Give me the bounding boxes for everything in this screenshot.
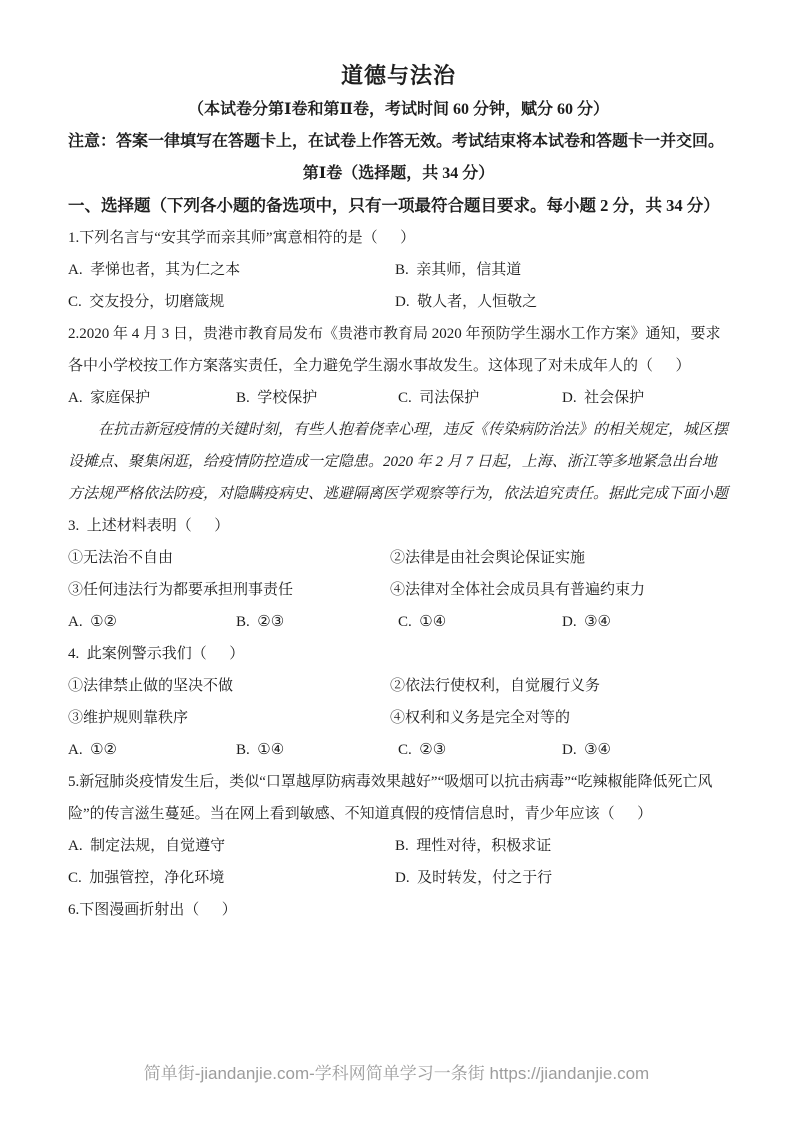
- question-6: 6.下图漫画折射出（ ）: [68, 894, 729, 926]
- footer-watermark: 简单街-jiandanjie.com-学科网简单学习一条街 https://ji…: [0, 1062, 793, 1086]
- question-3-option-d: D. ③④: [562, 606, 729, 638]
- question-2-option-b: B. 学校保护: [236, 382, 398, 414]
- question-1-option-a: A. 孝悌也者，其为仁之本: [68, 254, 395, 286]
- part-heading: 第Ⅰ卷（选择题，共 34 分）: [68, 158, 729, 190]
- question-5-options: A. 制定法规，自觉遵守 B. 理性对待，积极求证 C. 加强管控，净化环境 D…: [68, 830, 729, 894]
- question-1-option-b: B. 亲其师，信其道: [395, 254, 729, 286]
- question-1-stem: 1.下列名言与“安其学而亲其师”寓意相符的是（ ）: [68, 222, 729, 254]
- question-2: 2.2020 年 4 月 3 日，贵港市教育局发布《贵港市教育局 2020 年预…: [68, 318, 729, 414]
- question-2-option-a: A. 家庭保护: [68, 382, 236, 414]
- question-2-option-d: D. 社会保护: [562, 382, 729, 414]
- question-1-options: A. 孝悌也者，其为仁之本 B. 亲其师，信其道 C. 交友投分，切磨箴规 D.…: [68, 254, 729, 318]
- question-4-item-4: ④权利和义务是完全对等的: [390, 702, 729, 734]
- exam-title: 道德与法治: [68, 58, 729, 94]
- exam-notice: 注意：答案一律填写在答题卡上，在试卷上作答无效。考试结束将本试卷和答题卡一并交回…: [68, 126, 729, 158]
- question-4-items: ①法律禁止做的坚决不做 ②依法行使权利，自觉履行义务 ③维护规则靠秩序 ④权利和…: [68, 670, 729, 734]
- question-6-stem: 6.下图漫画折射出（ ）: [68, 894, 729, 926]
- question-2-option-c: C. 司法保护: [398, 382, 562, 414]
- question-4-item-1: ①法律禁止做的坚决不做: [68, 670, 390, 702]
- question-3-item-3: ③任何违法行为都要承担刑事责任: [68, 574, 390, 606]
- question-4: 4. 此案例警示我们（ ） ①法律禁止做的坚决不做 ②依法行使权利，自觉履行义务…: [68, 638, 729, 766]
- question-5-option-a: A. 制定法规，自觉遵守: [68, 830, 395, 862]
- question-5-option-c: C. 加强管控，净化环境: [68, 862, 395, 894]
- question-2-stem: 2.2020 年 4 月 3 日，贵港市教育局发布《贵港市教育局 2020 年预…: [68, 318, 729, 382]
- question-5-stem: 5.新冠肺炎疫情发生后，类似“口罩越厚防病毒效果越好”“吸烟可以抗击病毒”“吃辣…: [68, 766, 729, 830]
- question-4-item-3: ③维护规则靠秩序: [68, 702, 390, 734]
- question-4-options: A. ①② B. ①④ C. ②③ D. ③④: [68, 734, 729, 766]
- question-3-item-1: ①无法治不自由: [68, 542, 390, 574]
- exam-page: 道德与法治 （本试卷分第Ⅰ卷和第Ⅱ卷，考试时间 60 分钟，赋分 60 分） 注…: [0, 0, 793, 926]
- question-1-option-c: C. 交友投分，切磨箴规: [68, 286, 395, 318]
- exam-subtitle: （本试卷分第Ⅰ卷和第Ⅱ卷，考试时间 60 分钟，赋分 60 分）: [68, 94, 729, 126]
- question-4-item-2: ②依法行使权利，自觉履行义务: [390, 670, 729, 702]
- question-4-option-b: B. ①④: [236, 734, 398, 766]
- question-3-items: ①无法治不自由 ②法律是由社会舆论保证实施 ③任何违法行为都要承担刑事责任 ④法…: [68, 542, 729, 606]
- question-3-item-4: ④法律对全体社会成员具有普遍约束力: [390, 574, 729, 606]
- material-passage: 在抗击新冠疫情的关键时刻，有些人抱着侥幸心理，违反《传染病防治法》的相关规定，城…: [68, 414, 729, 510]
- question-1-option-d: D. 敬人者，人恒敬之: [395, 286, 729, 318]
- question-5: 5.新冠肺炎疫情发生后，类似“口罩越厚防病毒效果越好”“吸烟可以抗击病毒”“吃辣…: [68, 766, 729, 894]
- question-2-options: A. 家庭保护 B. 学校保护 C. 司法保护 D. 社会保护: [68, 382, 729, 414]
- question-4-option-d: D. ③④: [562, 734, 729, 766]
- question-4-stem: 4. 此案例警示我们（ ）: [68, 638, 729, 670]
- question-3-option-b: B. ②③: [236, 606, 398, 638]
- question-1: 1.下列名言与“安其学而亲其师”寓意相符的是（ ） A. 孝悌也者，其为仁之本 …: [68, 222, 729, 318]
- question-4-option-a: A. ①②: [68, 734, 236, 766]
- question-3-option-a: A. ①②: [68, 606, 236, 638]
- question-4-option-c: C. ②③: [398, 734, 562, 766]
- question-5-option-d: D. 及时转发，付之于行: [395, 862, 729, 894]
- question-3-stem: 3. 上述材料表明（ ）: [68, 510, 729, 542]
- section-heading: 一、选择题（下列各小题的备选项中，只有一项最符合题目要求。每小题 2 分，共 3…: [68, 190, 729, 222]
- question-3-options: A. ①② B. ②③ C. ①④ D. ③④: [68, 606, 729, 638]
- question-5-option-b: B. 理性对待，积极求证: [395, 830, 729, 862]
- question-3: 3. 上述材料表明（ ） ①无法治不自由 ②法律是由社会舆论保证实施 ③任何违法…: [68, 510, 729, 638]
- question-3-option-c: C. ①④: [398, 606, 562, 638]
- question-3-item-2: ②法律是由社会舆论保证实施: [390, 542, 729, 574]
